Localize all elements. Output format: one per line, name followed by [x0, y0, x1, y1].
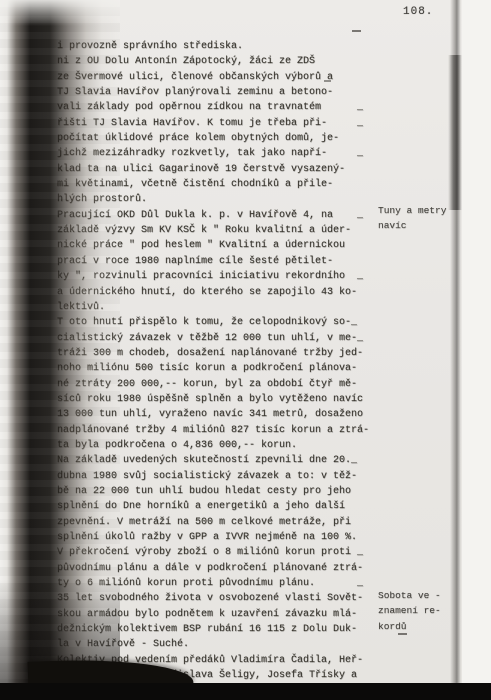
text-line: nadplánované tržby 4 miliónů 827 tisíc k…: [57, 423, 397, 438]
text-line: T oto hnutí přispělo k tomu, že celopodn…: [57, 315, 397, 330]
text-line: né ztráty 200 000,-- korun, byl za obdob…: [57, 377, 397, 392]
text-line: zpevnění. V metráží na 500 m celkové met…: [57, 515, 397, 530]
text-line: základě výzvy Sm KV KSČ k " Roku kvalitn…: [57, 223, 397, 238]
page-number: 108.: [403, 6, 433, 18]
text-line: vali základy pod opěrnou zídkou na travn…: [57, 100, 397, 115]
text-line: ta byla podkročena o 4,836 000,-- korun.: [57, 438, 397, 453]
stray-mark: [324, 80, 331, 82]
body-text: i provozně správního střediska.ni z OU D…: [57, 39, 397, 683]
text-line: i provozně správního střediska.: [57, 39, 397, 54]
text-line: bě na 22 000 tun uhlí budou hledat cesty…: [57, 484, 397, 499]
text-line: ky ", rozvinuli pracovníci iniciativu re…: [57, 269, 397, 284]
text-line: jichž mezizáhradky rozkvetly, tak jako n…: [57, 146, 397, 161]
page-edge-shadow: [450, 0, 461, 686]
scanned-page: 108. i provozně správního střediska.ni z…: [0, 0, 491, 700]
text-line: 13 000 tun uhlí, vyraženo navíc 341 metr…: [57, 407, 397, 422]
text-line: 35 let svobodného života v osvobozené vl…: [57, 591, 397, 606]
text-line: la v Havířově - Suché.: [57, 637, 397, 652]
text-line: cialistický závazek v těžbě 12 000 tun u…: [57, 331, 397, 346]
text-line: hlých prostorů.: [57, 192, 397, 207]
text-line: splnění úkolů ražby v GPP a IVVR nejméně…: [57, 530, 397, 545]
text-line: znamení re-: [378, 603, 464, 618]
text-line: mi květinami, včetně čistění chodníků a …: [57, 177, 397, 192]
text-line: prací v roce 1980 naplníme cíle šesté pě…: [57, 254, 397, 269]
text-line: skou armádou bylo podnětem k uzavření zá…: [57, 607, 397, 622]
text-line: řišti TJ Slavia Havířov. K tomu je třeba…: [57, 116, 397, 131]
text-line: původnímu plánu a dále v podkročení plán…: [57, 561, 397, 576]
text-line: Pracující OKD Důl Dukla k. p. v Havířově…: [57, 208, 397, 223]
text-line: Na základě uvedených skutečností zpevnil…: [57, 453, 397, 468]
text-line: lektivů.: [57, 300, 397, 315]
scan-bottom-band: [0, 683, 491, 700]
text-line: splnění do Dne horníků a energetiků a je…: [57, 499, 397, 514]
text-line: a údernického hnutí, do kterého se zapoj…: [57, 285, 397, 300]
margin-note-sobota: Sobota ve -znamení re-kordů: [378, 588, 464, 634]
text-line: kordů: [378, 619, 464, 634]
text-line: navíc: [378, 218, 464, 233]
text-line: počítat úklidové práce kolem obytných do…: [57, 131, 397, 146]
text-line: V překročení výroby zboží o 8 miliónů ko…: [57, 545, 397, 560]
margin-note-tuny: Tuny a metrynavíc: [378, 203, 464, 234]
stray-mark: [352, 30, 361, 32]
text-line: Sobota ve -: [378, 588, 464, 603]
text-line: Tuny a metry: [378, 203, 464, 218]
text-line: ty o 6 miliónů korun proti původnímu plá…: [57, 576, 397, 591]
text-line: klad ta na ulici Gagarinově 19 čerstvě v…: [57, 162, 397, 177]
stray-mark: [398, 633, 407, 635]
text-line: TJ Slavia Havířov planýrovali zeminu a b…: [57, 85, 397, 100]
text-line: nické práce " pod heslem " Kvalitní a úd…: [57, 238, 397, 253]
text-line: dežnickým kolektivem BSP rubání 16 115 z…: [57, 622, 397, 637]
text-line: dubna 1980 svůj socialistický závazek a …: [57, 469, 397, 484]
text-line: tráži 300 m chodeb, dosažení naplánované…: [57, 346, 397, 361]
text-line: noho miliónu 500 tisíc korun a podkročen…: [57, 361, 397, 376]
text-line: ze Švermové ulici, členové občanských vý…: [57, 70, 397, 85]
scan-right-margin: [462, 0, 491, 700]
text-line: síců roku 1980 úspěšně splněn a bylo vyt…: [57, 392, 397, 407]
text-line: ni z OU Dolu Antonín Zápotocký, žáci ze …: [57, 54, 397, 69]
